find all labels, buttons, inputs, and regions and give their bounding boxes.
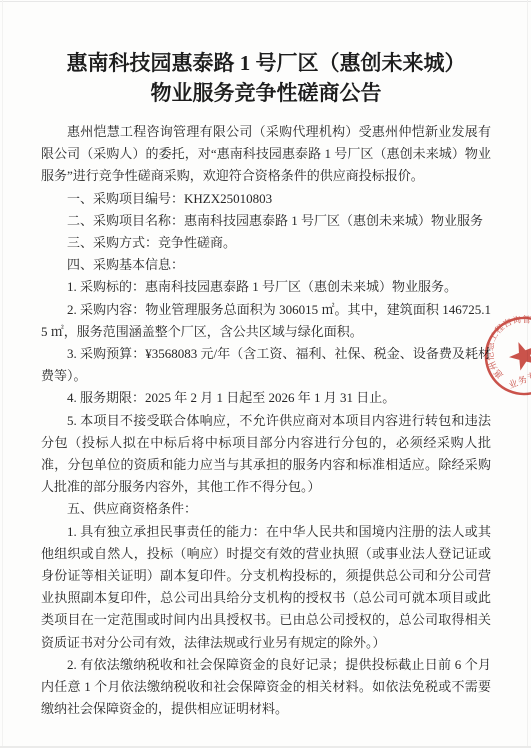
- document-page: 惠南科技园惠泰路 1 号厂区（惠创未来城） 物业服务竞争性磋商公告 惠州恺慧工程…: [0, 0, 531, 748]
- section-4-heading: 四、采购基本信息：: [41, 254, 491, 276]
- title-line-2: 物业服务竞争性磋商公告: [151, 81, 382, 105]
- section-4-item-1: 1. 采购标的：惠南科技园惠泰路 1 号厂区（惠创未来城）物业服务。: [41, 276, 491, 298]
- section-1-heading: 一、采购项目编号：KHZX25010803: [41, 188, 491, 210]
- document-content: 惠南科技园惠泰路 1 号厂区（惠创未来城） 物业服务竞争性磋商公告 惠州恺慧工程…: [41, 48, 491, 720]
- scan-edge-top: [0, 1, 531, 2]
- scan-edge-left: [2, 0, 3, 748]
- section-4-item-4: 4. 服务期限：2025 年 2 月 1 日起至 2026 年 1 月 31 日…: [41, 387, 491, 409]
- section-5-item-1: 1. 具有独立承担民事责任的能力：在中华人民共和国境内注册的法人或其他组织或自然…: [41, 521, 491, 654]
- section-2-heading: 二、采购项目名称：惠南科技园惠泰路 1 号厂区（惠创未来城）物业服务: [41, 210, 491, 232]
- scan-edge-right: [527, 0, 528, 748]
- section-4-item-5: 5. 本项目不接受联合体响应，不允许供应商对本项目内容进行转包和违法分包（投标人…: [41, 410, 491, 499]
- section-4-item-2: 2. 采购内容：物业管理服务总面积为 306015 ㎡。其中，建筑面积 1467…: [41, 299, 491, 343]
- section-5-heading: 五、供应商资格条件：: [41, 498, 491, 520]
- section-5-item-2: 2. 有依法缴纳税收和社会保障资金的良好记录；提供投标截止日前 6 个月内任意 …: [41, 654, 491, 721]
- intro-paragraph: 惠州恺慧工程咨询管理有限公司（采购代理机构）受惠州仲恺新业发展有限公司（采购人）…: [41, 121, 491, 188]
- section-4-item-3: 3. 采购预算：¥3568083 元/年（含工资、福利、社保、税金、设备费及耗材…: [41, 343, 491, 387]
- section-3-heading: 三、采购方式：竞争性磋商。: [41, 232, 491, 254]
- title-line-1: 惠南科技园惠泰路 1 号厂区（惠创未来城）: [67, 51, 466, 75]
- document-title: 惠南科技园惠泰路 1 号厂区（惠创未来城） 物业服务竞争性磋商公告: [41, 48, 491, 108]
